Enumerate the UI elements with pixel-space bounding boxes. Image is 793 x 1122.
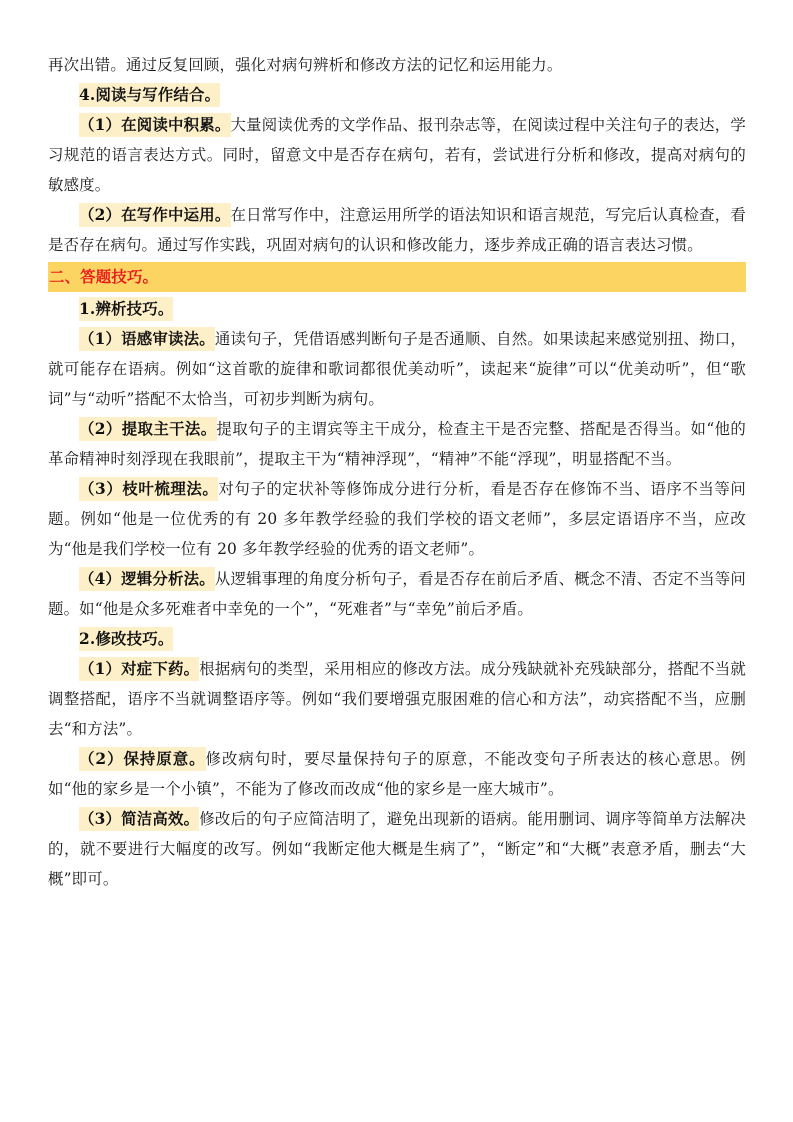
item-label: （3）简洁高效。: [79, 807, 199, 831]
item-label: （2）提取主干法。: [79, 417, 217, 441]
item-label: （2）保持原意。: [79, 747, 206, 771]
intro-continuation: 再次出错。通过反复回顾，强化对病句辨析和修改方法的记忆和运用能力。: [48, 50, 746, 80]
subsection-2-heading-text: 2.修改技巧。: [79, 627, 173, 651]
item-label: （4）逻辑分析法。: [79, 567, 215, 591]
part4-heading-text: 4.阅读与写作结合。: [79, 83, 220, 107]
revision-item-1: （1）对症下药。根据病句的类型，采用相应的修改方法。成分残缺就补充残缺部分，搭配…: [48, 654, 746, 744]
analysis-item-1: （1）语感审读法。通读句子，凭借语感判断句子是否通顺、自然。如果读起来感觉别扭、…: [48, 324, 746, 414]
item-label: （1）语感审读法。: [79, 327, 215, 351]
analysis-item-4: （4）逻辑分析法。从逻辑事理的角度分析句子，看是否存在前后矛盾、概念不清、否定不…: [48, 564, 746, 624]
part4-item-2: （2）在写作中运用。在日常写作中，注意运用所学的语法知识和语言规范，写完后认真检…: [48, 200, 746, 260]
revision-item-2: （2）保持原意。修改病句时，要尽量保持句子的原意，不能改变句子所表达的核心意思。…: [48, 744, 746, 804]
subsection-1-heading-text: 1.辨析技巧。: [79, 297, 173, 321]
revision-item-3: （3）简洁高效。修改后的句子应简洁明了，避免出现新的语病。能用删词、调序等简单方…: [48, 804, 746, 894]
section-2-title-bar: 二、答题技巧。: [48, 262, 746, 292]
item-label: （1）对症下药。: [79, 657, 199, 681]
item-label: （3）枝叶梳理法。: [79, 477, 218, 501]
part4-item-1: （1）在阅读中积累。大量阅读优秀的文学作品、报刊杂志等，在阅读过程中关注句子的表…: [48, 110, 746, 200]
section-2-title: 二、答题技巧。: [49, 268, 158, 286]
item-label: （1）在阅读中积累。: [79, 113, 231, 137]
subsection-2-heading: 2.修改技巧。: [79, 624, 746, 654]
analysis-item-2: （2）提取主干法。提取句子的主谓宾等主干成分，检查主干是否完整、搭配是否得当。如…: [48, 414, 746, 474]
document-page: 再次出错。通过反复回顾，强化对病句辨析和修改方法的记忆和运用能力。 4.阅读与写…: [48, 50, 746, 894]
analysis-item-3: （3）枝叶梳理法。对句子的定状补等修饰成分进行分析，看是否存在修饰不当、语序不当…: [48, 474, 746, 564]
subsection-1-heading: 1.辨析技巧。: [79, 294, 746, 324]
part4-heading: 4.阅读与写作结合。: [79, 80, 746, 110]
item-label: （2）在写作中运用。: [79, 203, 231, 227]
